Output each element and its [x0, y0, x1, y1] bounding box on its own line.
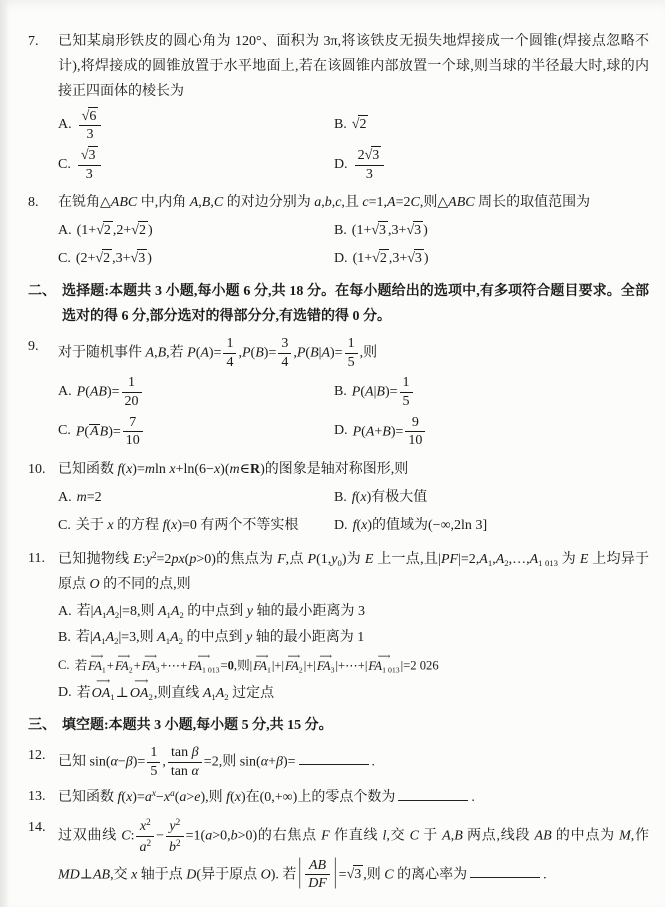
sqrt: √2 — [96, 219, 113, 244]
option-label: B. — [334, 380, 347, 405]
question-text: 对于随机事件 A,B,若 P(A)=14,P(B)=34,P(B|A)=15,则 — [58, 335, 649, 371]
option-row: C.若⟶FA1+⟶FA2+⟶FA3+⋯+⟶FA1 013=0,则|⟶FA1|+|… — [58, 653, 649, 677]
question-number: 9. — [28, 335, 58, 453]
option-text: √33 — [76, 147, 103, 183]
fraction: 910 — [405, 415, 425, 449]
question-number: 13. — [28, 785, 58, 811]
option-11-A: A.若|A1A2|=8,则 A1A2 的中点到 y 轴的最小距离为 3 — [58, 600, 649, 625]
vector: ⟶FA1 013 — [188, 653, 219, 675]
option-text: P(A|B)=15 — [352, 374, 415, 410]
option-text: 2√33 — [353, 147, 387, 183]
vector: ⟶OA2 — [130, 679, 153, 703]
question-10: 10.已知函数 f(x)=mln x+ln(6−x)(m∈R)的图象是轴对称图形… — [28, 458, 649, 542]
vector-arrow-icon: ⟶ — [288, 652, 301, 662]
exam-content: 7.已知某扇形铁皮的圆心角为 120°、面积为 3π,将该铁皮无损失地焊接成一个… — [28, 30, 649, 893]
option-8-A: A.(1+√2,2+√2) — [58, 219, 324, 244]
sqrt: √3 — [365, 148, 382, 164]
question-number: 14. — [28, 816, 58, 893]
option-label: C. — [58, 247, 71, 272]
option-10-D: D.f(x)的值域为(−∞,2ln 3] — [334, 514, 487, 539]
answer-blank — [398, 787, 468, 801]
option-label: B. — [58, 626, 71, 651]
option-text: (1+√3,3+√3) — [352, 219, 428, 244]
option-text: P(AB)=710 — [76, 414, 145, 450]
vector-arrow-icon: ⟶ — [144, 652, 157, 662]
question-content: 已知 sin(α−β)=15,tan βtan α=2,则 sin(α+β)=. — [58, 744, 649, 780]
option-11-C: C.若⟶FA1+⟶FA2+⟶FA3+⋯+⟶FA1 013=0,则|⟶FA1|+|… — [58, 653, 649, 677]
option-9-B: B.P(A|B)=15 — [334, 374, 415, 410]
question-number: 7. — [28, 30, 58, 186]
question-12: 12.已知 sin(α−β)=15,tan βtan α=2,则 sin(α+β… — [28, 744, 649, 780]
option-text: f(x)有极大值 — [352, 486, 427, 511]
options: A.(1+√2,2+√2)B.(1+√3,3+√3)C.(2+√2,3+√3)D… — [58, 219, 649, 272]
overline: A — [89, 424, 100, 440]
question-number: 12. — [28, 744, 58, 780]
section-header-3: 三、填空题:本题共 3 小题,每小题 5 分,共 15 分。 — [28, 714, 649, 739]
option-text: f(x)的值域为(−∞,2ln 3] — [353, 514, 488, 539]
sqrt: √2 — [372, 247, 389, 272]
section-number: 三、 — [28, 714, 62, 739]
question-9: 9.对于随机事件 A,B,若 P(A)=14,P(B)=34,P(B|A)=15… — [28, 335, 649, 453]
option-text: (1+√2,3+√3) — [353, 247, 429, 272]
question-text: 已知某扇形铁皮的圆心角为 120°、面积为 3π,将该铁皮无损失地焊接成一个圆锥… — [58, 30, 649, 105]
vector: ⟶FA1 — [253, 653, 271, 675]
option-label: D. — [334, 247, 348, 272]
option-label: D. — [58, 681, 72, 706]
option-text: 关于 x 的方程 f(x)=0 有两个不等实根 — [76, 514, 299, 539]
option-7-D: D.2√33 — [334, 147, 386, 183]
vector-arrow-icon: ⟶ — [378, 652, 391, 662]
sqrt: √2 — [95, 247, 112, 272]
option-label: A. — [58, 219, 72, 244]
option-9-C: C.P(AB)=710 — [58, 414, 324, 450]
vector-arrow-icon: ⟶ — [198, 652, 211, 662]
question-content: 对于随机事件 A,B,若 P(A)=14,P(B)=34,P(B|A)=15,则… — [58, 335, 649, 453]
vector-arrow-icon: ⟶ — [134, 677, 148, 688]
sqrt: √2 — [131, 219, 148, 244]
fraction: √63 — [79, 109, 102, 143]
sqrt: √3 — [407, 247, 424, 272]
section-instructions: 选择题:本题共 3 小题,每小题 6 分,共 18 分。在每小题给出的选项中,有… — [62, 280, 649, 330]
fraction: √33 — [78, 148, 101, 182]
question-number: 10. — [28, 458, 58, 542]
abs-bar: | — [298, 846, 301, 906]
option-8-B: B.(1+√3,3+√3) — [334, 219, 428, 244]
sqrt: √2 — [352, 113, 369, 138]
fraction: 15 — [147, 745, 160, 779]
sqrt: √6 — [82, 109, 99, 125]
section-number: 二、 — [28, 280, 62, 330]
option-row: C.关于 x 的方程 f(x)=0 有两个不等实根D.f(x)的值域为(−∞,2… — [58, 514, 649, 539]
answer-blank — [470, 864, 540, 878]
option-row: A.P(AB)=120B.P(A|B)=15 — [58, 374, 649, 410]
option-label: D. — [334, 153, 348, 178]
answer-blank — [299, 751, 369, 765]
options: A.√63B.√2C.√33D.2√33 — [58, 108, 649, 184]
section-text-wrap: 填空题:本题共 3 小题,每小题 5 分,共 15 分。 — [62, 714, 649, 739]
option-10-A: A.m=2 — [58, 486, 324, 511]
option-row: A.m=2B.f(x)有极大值 — [58, 486, 649, 511]
options: A.若|A1A2|=8,则 A1A2 的中点到 y 轴的最小距离为 3B.若|A… — [58, 600, 649, 707]
option-7-C: C.√33 — [58, 147, 324, 183]
option-11-D: D.若⟶OA1⊥⟶OA2,则直线 A1A2 过定点 — [58, 679, 649, 707]
question-content: 过双曲线 C:x2a2−y2b2=1(a>0,b>0)的右焦点 F 作直线 l,… — [58, 816, 649, 893]
fraction: 14 — [223, 336, 236, 370]
question-content: 已知某扇形铁皮的圆心角为 120°、面积为 3π,将该铁皮无损失地焊接成一个圆锥… — [58, 30, 649, 186]
question-number: 11. — [28, 547, 58, 709]
question-14: 14.过双曲线 C:x2a2−y2b2=1(a>0,b>0)的右焦点 F 作直线… — [28, 816, 649, 893]
question-text: 已知函数 f(x)=ax−xa(a>e),则 f(x)在(0,+∞)上的零点个数… — [58, 785, 649, 811]
option-text: (2+√2,3+√3) — [76, 247, 152, 272]
fraction: 15 — [345, 336, 358, 370]
vector: ⟶FA2 — [115, 653, 133, 675]
option-9-D: D.P(A+B)=910 — [334, 414, 427, 450]
question-content: 已知函数 f(x)=mln x+ln(6−x)(m∈R)的图象是轴对称图形,则A… — [58, 458, 649, 542]
option-text: P(AB)=120 — [77, 374, 144, 410]
option-row: C.P(AB)=710D.P(A+B)=910 — [58, 414, 649, 450]
option-11-B: B.若|A1A2|=3,则 A1A2 的中点到 y 轴的最小距离为 1 — [58, 626, 649, 651]
question-content: 已知函数 f(x)=ax−xa(a>e),则 f(x)在(0,+∞)上的零点个数… — [58, 785, 649, 811]
options: A.m=2B.f(x)有极大值C.关于 x 的方程 f(x)=0 有两个不等实根… — [58, 486, 649, 539]
option-9-A: A.P(AB)=120 — [58, 374, 324, 410]
option-text: P(A+B)=910 — [353, 414, 428, 450]
vector: ⟶FA3 — [142, 653, 160, 675]
option-text: √2 — [352, 113, 369, 138]
fraction: 15 — [400, 375, 413, 409]
sqrt: √3 — [81, 148, 98, 164]
question-number: 8. — [28, 191, 58, 275]
option-label: D. — [334, 514, 348, 539]
option-row: B.若|A1A2|=3,则 A1A2 的中点到 y 轴的最小距离为 1 — [58, 626, 649, 651]
section-instructions: 填空题:本题共 3 小题,每小题 5 分,共 15 分。 — [62, 714, 649, 739]
question-text: 已知 sin(α−β)=15,tan βtan α=2,则 sin(α+β)=. — [58, 744, 649, 780]
option-text: 若⟶OA1⊥⟶OA2,则直线 A1A2 过定点 — [77, 679, 275, 707]
section-header-2: 二、选择题:本题共 3 小题,每小题 6 分,共 18 分。在每小题给出的选项中… — [28, 280, 649, 330]
option-7-A: A.√63 — [58, 108, 324, 144]
question-8: 8.在锐角△ABC 中,内角 A,B,C 的对边分别为 a,b,c,且 c=1,… — [28, 191, 649, 275]
question-text: 在锐角△ABC 中,内角 A,B,C 的对边分别为 a,b,c,且 c=1,A=… — [58, 191, 649, 216]
option-label: C. — [58, 419, 71, 444]
option-row: C.√33D.2√33 — [58, 147, 649, 183]
option-10-C: C.关于 x 的方程 f(x)=0 有两个不等实根 — [58, 514, 324, 539]
option-label: C. — [58, 514, 71, 539]
option-row: A.(1+√2,2+√2)B.(1+√3,3+√3) — [58, 219, 649, 244]
vector-arrow-icon: ⟶ — [96, 677, 110, 688]
option-8-C: C.(2+√2,3+√3) — [58, 247, 324, 272]
question-text: 已知函数 f(x)=mln x+ln(6−x)(m∈R)的图象是轴对称图形,则 — [58, 458, 649, 483]
fraction: ABDF — [305, 858, 330, 892]
fraction: 2√33 — [355, 148, 385, 182]
option-text: 若⟶FA1+⟶FA2+⟶FA3+⋯+⟶FA1 013=0,则|⟶FA1|+|⟶F… — [75, 653, 439, 677]
fraction: 710 — [123, 415, 143, 449]
option-row: D.若⟶OA1⊥⟶OA2,则直线 A1A2 过定点 — [58, 679, 649, 707]
vector-arrow-icon: ⟶ — [256, 652, 269, 662]
options: A.P(AB)=120B.P(A|B)=15C.P(AB)=710D.P(A+B… — [58, 374, 649, 450]
question-text: 已知抛物线 E:y2=2px(p>0)的焦点为 F,点 P(1,y0)为 E 上… — [58, 547, 649, 598]
question-text: 过双曲线 C:x2a2−y2b2=1(a>0,b>0)的右焦点 F 作直线 l,… — [58, 816, 649, 893]
fraction: 34 — [278, 336, 291, 370]
vector-arrow-icon: ⟶ — [91, 652, 104, 662]
option-label: A. — [58, 380, 72, 405]
sqrt: √3 — [371, 219, 388, 244]
option-text: √63 — [77, 108, 104, 144]
vector: ⟶FA1 013 — [368, 653, 399, 675]
option-8-D: D.(1+√2,3+√3) — [334, 247, 429, 272]
fraction: tan βtan α — [168, 745, 202, 779]
vector-arrow-icon: ⟶ — [319, 652, 332, 662]
sqrt: √3 — [131, 247, 148, 272]
question-content: 在锐角△ABC 中,内角 A,B,C 的对边分别为 a,b,c,且 c=1,A=… — [58, 191, 649, 275]
fraction: y2b2 — [166, 817, 184, 856]
section-text-wrap: 选择题:本题共 3 小题,每小题 6 分,共 18 分。在每小题给出的选项中,有… — [62, 280, 649, 330]
option-text: 若|A1A2|=3,则 A1A2 的中点到 y 轴的最小距离为 1 — [76, 626, 364, 651]
fraction: 120 — [122, 375, 142, 409]
option-row: A.√63B.√2 — [58, 108, 649, 144]
vector: ⟶FA1 — [88, 653, 106, 675]
exam-page: 7.已知某扇形铁皮的圆心角为 120°、面积为 3π,将该铁皮无损失地焊接成一个… — [0, 0, 665, 907]
option-text: m=2 — [77, 486, 102, 511]
fraction: x2a2 — [136, 817, 154, 856]
option-label: A. — [58, 486, 72, 511]
option-text: (1+√2,2+√2) — [77, 219, 153, 244]
sqrt: √3 — [347, 863, 364, 888]
option-label: B. — [334, 486, 347, 511]
option-label: D. — [334, 419, 348, 444]
vector: ⟶FA3 — [317, 653, 335, 675]
vector: ⟶OA1 — [92, 679, 115, 703]
option-label: A. — [58, 600, 72, 625]
option-text: 若|A1A2|=8,则 A1A2 的中点到 y 轴的最小距离为 3 — [77, 600, 365, 625]
vector-arrow-icon: ⟶ — [117, 652, 130, 662]
sqrt: √3 — [406, 219, 423, 244]
vector: ⟶FA2 — [285, 653, 303, 675]
question-content: 已知抛物线 E:y2=2px(p>0)的焦点为 F,点 P(1,y0)为 E 上… — [58, 547, 649, 709]
option-7-B: B.√2 — [334, 113, 369, 138]
option-label: B. — [334, 113, 347, 138]
option-row: C.(2+√2,3+√3)D.(1+√2,3+√3) — [58, 247, 649, 272]
option-label: A. — [58, 113, 72, 138]
option-row: A.若|A1A2|=8,则 A1A2 的中点到 y 轴的最小距离为 3 — [58, 600, 649, 625]
question-13: 13.已知函数 f(x)=ax−xa(a>e),则 f(x)在(0,+∞)上的零… — [28, 785, 649, 811]
option-label: C. — [58, 654, 70, 676]
question-7: 7.已知某扇形铁皮的圆心角为 120°、面积为 3π,将该铁皮无损失地焊接成一个… — [28, 30, 649, 186]
option-label: C. — [58, 153, 71, 178]
abs-bar: | — [334, 846, 337, 906]
question-11: 11.已知抛物线 E:y2=2px(p>0)的焦点为 F,点 P(1,y0)为 … — [28, 547, 649, 709]
option-label: B. — [334, 219, 347, 244]
option-10-B: B.f(x)有极大值 — [334, 486, 427, 511]
